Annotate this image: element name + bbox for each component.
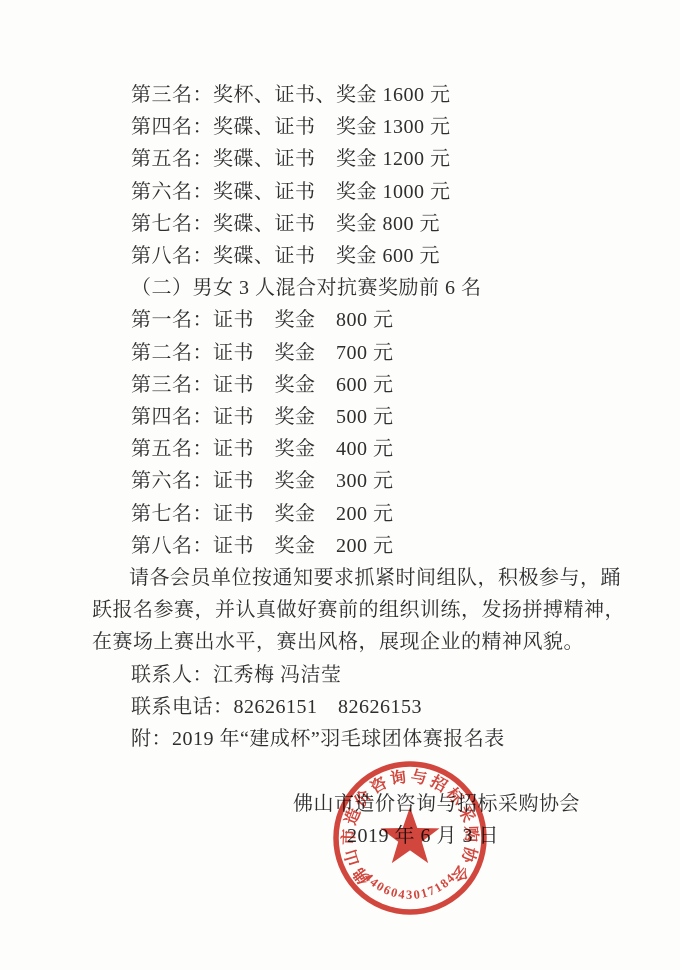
award-list-item: 第四名：奖碟、证书 奖金 1300 元	[92, 111, 660, 143]
award-list-item: 第五名：证书 奖金 400 元	[92, 433, 660, 465]
award-list-item: 第四名：证书 奖金 500 元	[92, 401, 660, 433]
seal-serial-number: 4406043017184	[361, 870, 458, 902]
award-list-item: 第六名：奖碟、证书 奖金 1000 元	[92, 176, 660, 208]
award-list-item: 第五名：奖碟、证书 奖金 1200 元	[92, 143, 660, 175]
award-list-item: 第七名：证书 奖金 200 元	[92, 498, 660, 530]
contact-phone: 联系电话：82626151 82626153	[92, 691, 660, 723]
official-seal-stamp: 佛山市造价咨询与招标采购协会 4406043017184	[310, 738, 510, 938]
award-list-item: 第三名：奖杯、证书、奖金 1600 元	[92, 79, 660, 111]
award-list-item: 第一名：证书 奖金 800 元	[92, 304, 660, 336]
paragraph-line: 在赛场上赛出水平，赛出风格，展现企业的精神风貌。	[92, 626, 660, 658]
mixed-award-list: 第一名：证书 奖金 800 元第二名：证书 奖金 700 元第三名：证书 奖金 …	[92, 304, 660, 562]
scanned-notice-page: 第三名：奖杯、证书、奖金 1600 元第四名：奖碟、证书 奖金 1300 元第五…	[0, 0, 680, 970]
contact-person: 联系人：江秀梅 冯洁莹	[92, 659, 660, 691]
award-list-item: 第六名：证书 奖金 300 元	[92, 465, 660, 497]
notice-body: 第三名：奖杯、证书、奖金 1600 元第四名：奖碟、证书 奖金 1300 元第五…	[92, 79, 660, 853]
award-list-item: 第七名：奖碟、证书 奖金 800 元	[92, 208, 660, 240]
award-list-item: 第八名：奖碟、证书 奖金 600 元	[92, 240, 660, 272]
team-award-list: 第三名：奖杯、证书、奖金 1600 元第四名：奖碟、证书 奖金 1300 元第五…	[92, 79, 660, 272]
paragraph-line: 跃报名参赛，并认真做好赛前的组织训练，发扬拼搏精神，	[92, 594, 660, 626]
award-list-item: 第八名：证书 奖金 200 元	[92, 530, 660, 562]
paragraph-line: 请各会员单位按通知要求抓紧时间组队，积极参与，踊	[92, 562, 660, 594]
star-icon	[381, 807, 440, 863]
award-list-item: 第三名：证书 奖金 600 元	[92, 369, 660, 401]
award-list-item: 第二名：证书 奖金 700 元	[92, 337, 660, 369]
section-heading: （二）男女 3 人混合对抗赛奖励前 6 名	[92, 272, 660, 304]
closing-paragraph: 请各会员单位按通知要求抓紧时间组队，积极参与，踊跃报名参赛，并认真做好赛前的组织…	[92, 562, 660, 659]
